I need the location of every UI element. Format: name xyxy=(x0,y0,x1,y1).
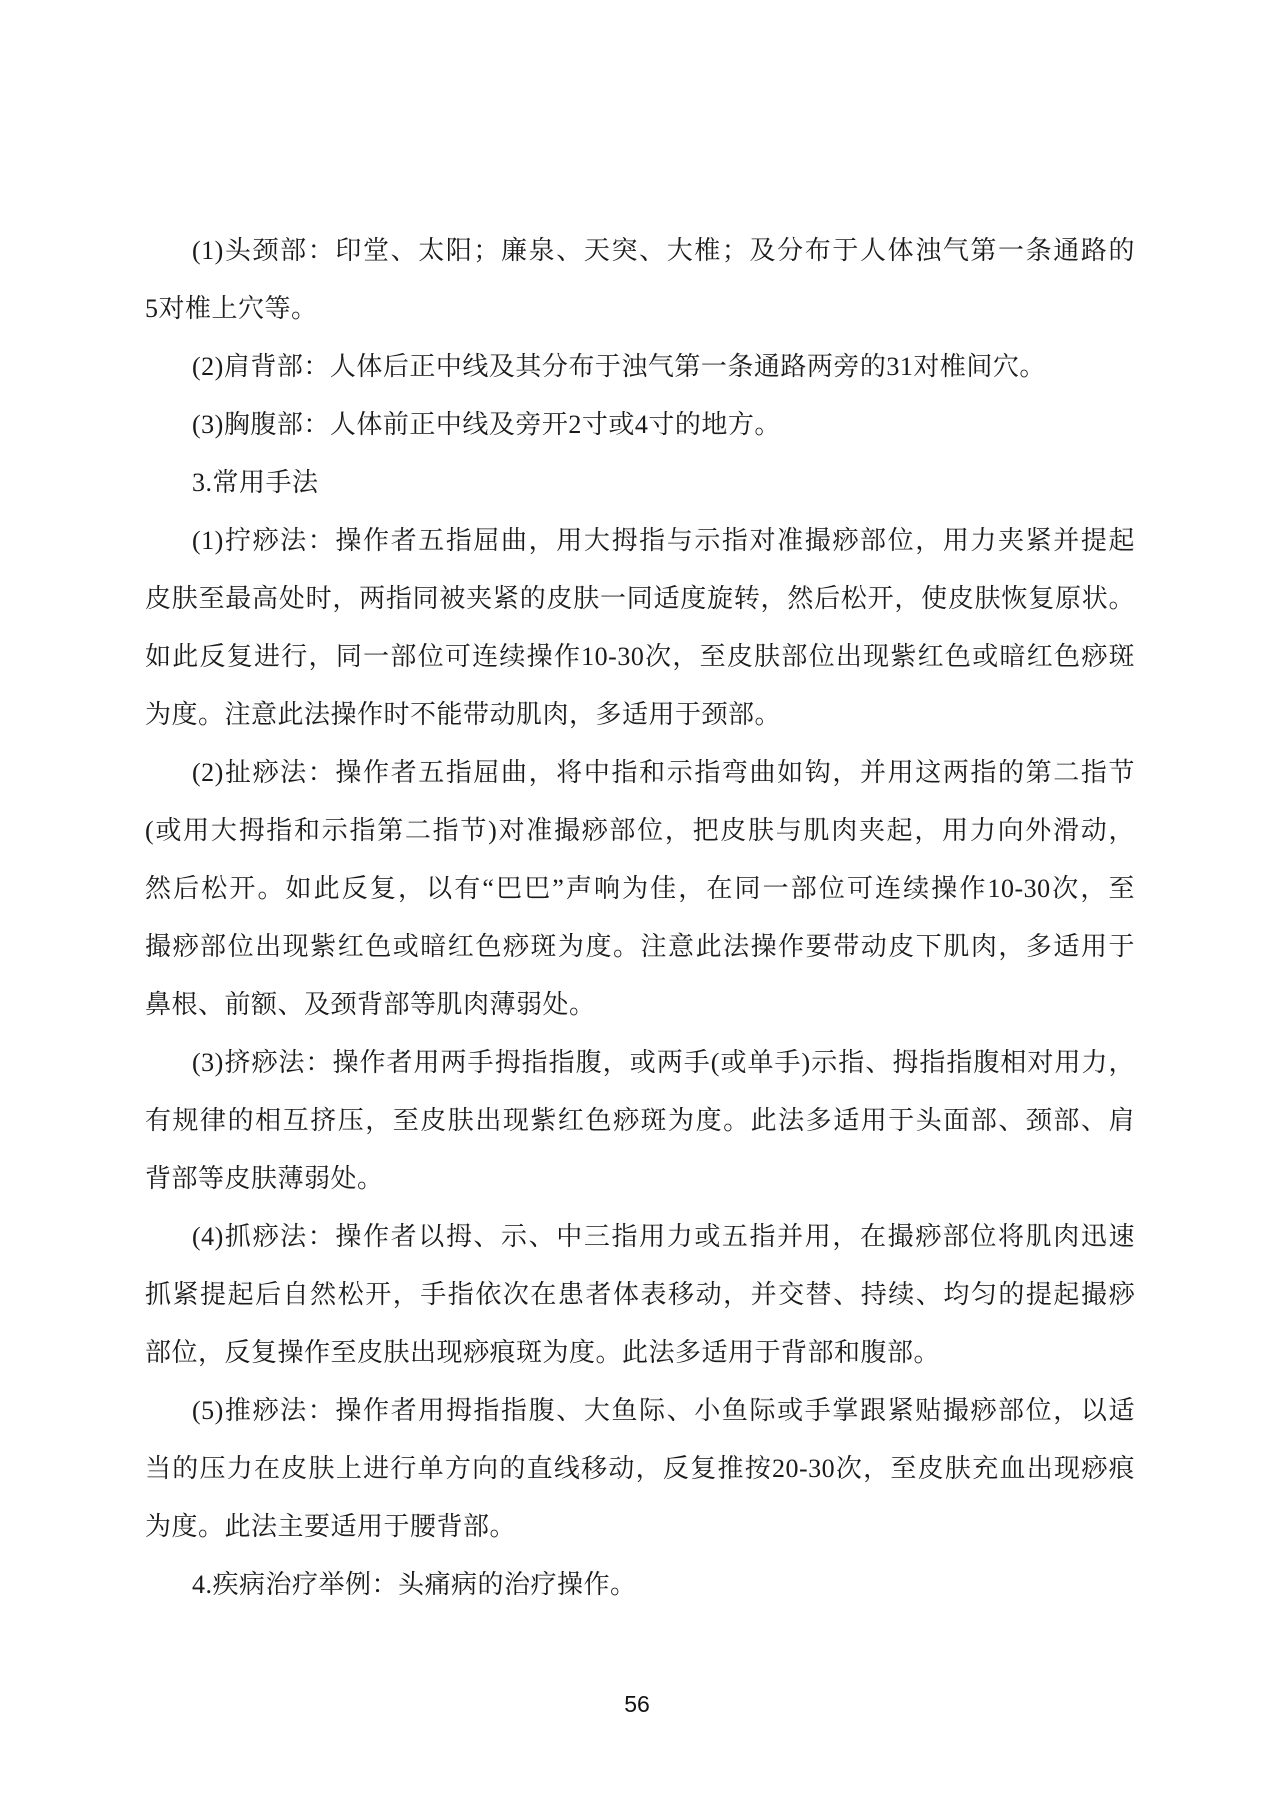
text-line: 鼻根、前额、及颈背部等肌肉薄弱处。 xyxy=(145,976,1135,1034)
text-line: (2)肩背部：人体后正中线及其分布于浊气第一条通路两旁的31对椎间穴。 xyxy=(145,338,1135,396)
text-line: 皮肤至最高处时，两指同被夹紧的皮肤一同适度旋转，然后松开，使皮肤恢复原状。 xyxy=(145,570,1135,628)
text-line: 背部等皮肤薄弱处。 xyxy=(145,1150,1135,1208)
text-line: 如此反复进行，同一部位可连续操作10-30次，至皮肤部位出现紫红色或暗红色痧斑 xyxy=(145,628,1135,686)
text-line: (2)扯痧法：操作者五指屈曲，将中指和示指弯曲如钩，并用这两指的第二指节 xyxy=(145,744,1135,802)
text-line: (3)胸腹部：人体前正中线及旁开2寸或4寸的地方。 xyxy=(145,396,1135,454)
text-line: 当的压力在皮肤上进行单方向的直线移动，反复推按20-30次，至皮肤充血出现痧痕 xyxy=(145,1440,1135,1498)
text-line: 有规律的相互挤压，至皮肤出现紫红色痧斑为度。此法多适用于头面部、颈部、肩 xyxy=(145,1092,1135,1150)
text-line: 为度。此法主要适用于腰背部。 xyxy=(145,1498,1135,1556)
text-line: 5对椎上穴等。 xyxy=(145,280,1135,338)
text-line: 部位，反复操作至皮肤出现痧痕斑为度。此法多适用于背部和腹部。 xyxy=(145,1324,1135,1382)
text-line: (1)拧痧法：操作者五指屈曲，用大拇指与示指对准撮痧部位，用力夹紧并提起 xyxy=(145,512,1135,570)
text-line: 为度。注意此法操作时不能带动肌肉，多适用于颈部。 xyxy=(145,686,1135,744)
document-page: (1)头颈部：印堂、太阳；廉泉、天突、大椎；及分布于人体浊气第一条通路的 5对椎… xyxy=(0,0,1274,1801)
text-block: (1)头颈部：印堂、太阳；廉泉、天突、大椎；及分布于人体浊气第一条通路的 5对椎… xyxy=(145,222,1135,1614)
text-line: (3)挤痧法：操作者用两手拇指指腹，或两手(或单手)示指、拇指指腹相对用力， xyxy=(145,1034,1135,1092)
text-line: 4.疾病治疗举例：头痛病的治疗操作。 xyxy=(145,1556,1135,1614)
text-line: 撮痧部位出现紫红色或暗红色痧斑为度。注意此法操作要带动皮下肌肉，多适用于 xyxy=(145,918,1135,976)
text-line: (或用大拇指和示指第二指节)对准撮痧部位，把皮肤与肌肉夹起，用力向外滑动， xyxy=(145,802,1135,860)
text-line: 3.常用手法 xyxy=(145,454,1135,512)
text-line: 然后松开。如此反复，以有“巴巴”声响为佳，在同一部位可连续操作10-30次，至 xyxy=(145,860,1135,918)
text-line: (1)头颈部：印堂、太阳；廉泉、天突、大椎；及分布于人体浊气第一条通路的 xyxy=(145,222,1135,280)
text-line: 抓紧提起后自然松开，手指依次在患者体表移动，并交替、持续、均匀的提起撮痧 xyxy=(145,1266,1135,1324)
text-line: (4)抓痧法：操作者以拇、示、中三指用力或五指并用，在撮痧部位将肌肉迅速 xyxy=(145,1208,1135,1266)
page-number: 56 xyxy=(0,1690,1274,1718)
text-line: (5)推痧法：操作者用拇指指腹、大鱼际、小鱼际或手掌跟紧贴撮痧部位，以适 xyxy=(145,1382,1135,1440)
